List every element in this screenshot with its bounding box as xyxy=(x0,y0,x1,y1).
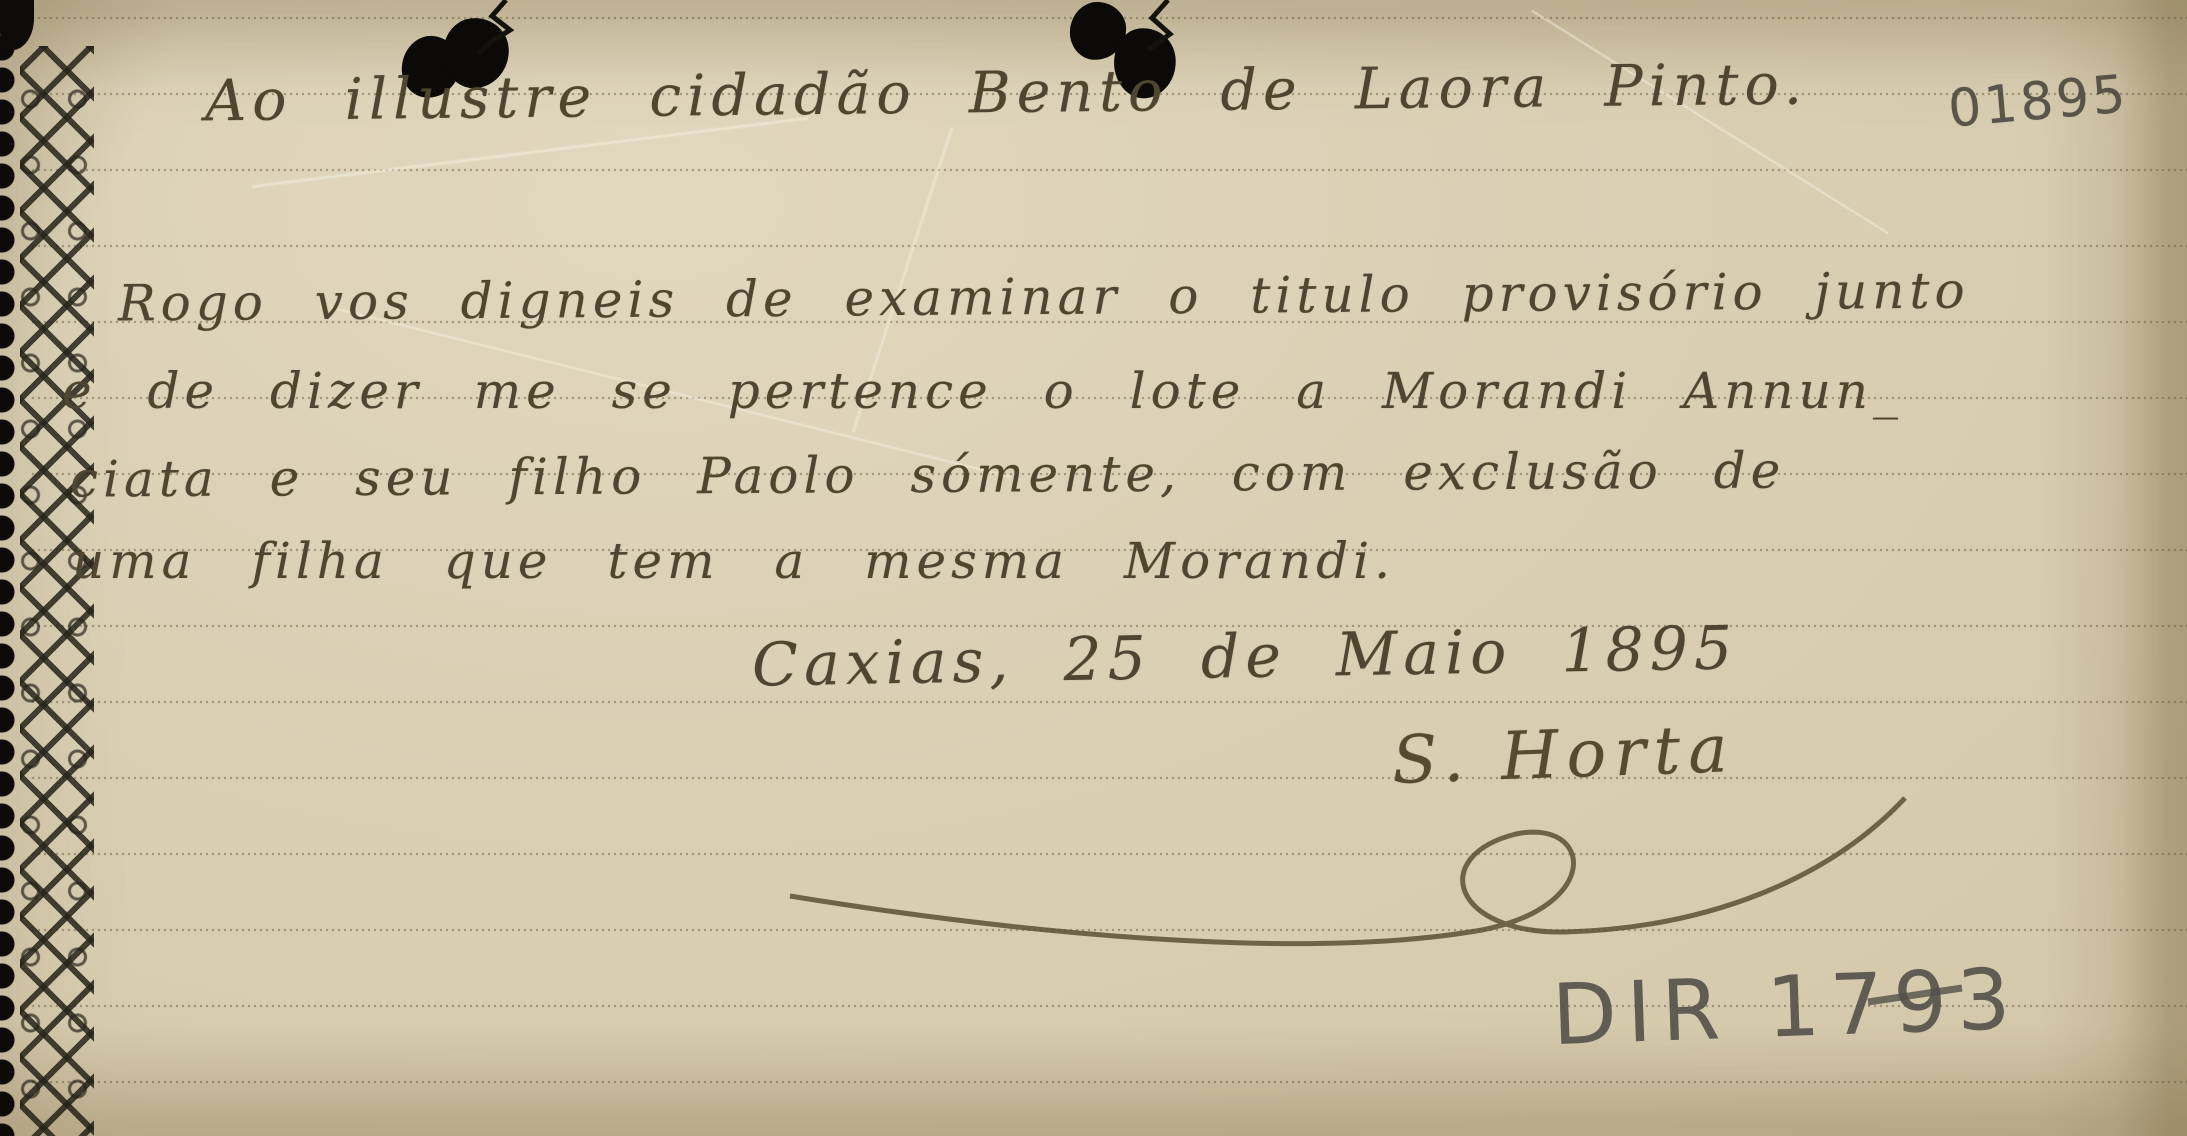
scanned-letter-page: Ao illustre cidadão Bento de Laora Pinto… xyxy=(0,0,2187,1136)
body-line-3: ciata e seu filho Paolo sómente, com exc… xyxy=(70,442,1786,509)
body-line-2: e de dizer me se pertence o lote a Moran… xyxy=(62,362,1903,420)
signature: S. Horta xyxy=(1391,710,1737,799)
body-line-4: uma filha que tem a mesma Morandi. xyxy=(72,532,1395,590)
torn-corner xyxy=(0,0,34,50)
lace-border-pattern xyxy=(20,46,94,1136)
catalog-number-pencil: DIR 1793 xyxy=(1550,950,2021,1064)
